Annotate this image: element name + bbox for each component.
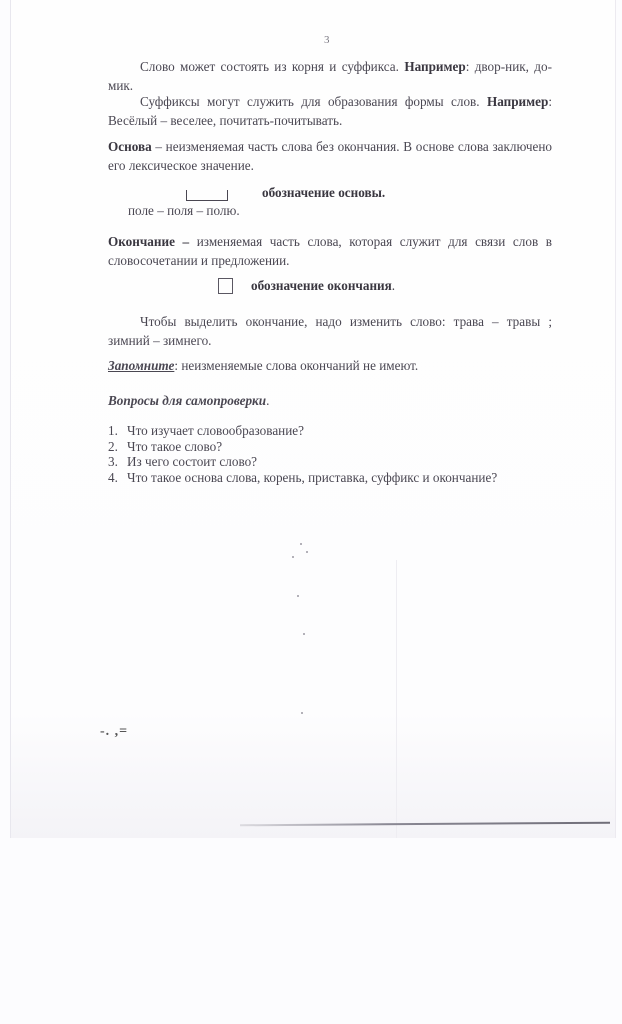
question-number: 3.: [108, 454, 127, 470]
remember-text: : неизменяемые слова окончаний не имеют.: [174, 358, 418, 373]
period: .: [266, 393, 269, 408]
question-item: 4.Что такое основа слова, корень, приста…: [108, 470, 497, 486]
paragraph-text: Суффиксы могут служить для образования ф…: [140, 94, 487, 109]
paragraph-text: Чтобы выделить окончание, надо изменить …: [108, 314, 552, 348]
question-number: 2.: [108, 439, 127, 455]
remember-label: Запомните: [108, 358, 174, 373]
paragraph-find-ending: Чтобы выделить окончание, надо изменить …: [108, 312, 552, 350]
question-text: Что изучает словообразование?: [127, 423, 304, 439]
question-item: 2.Что такое слово?: [108, 439, 497, 455]
scan-speck: [301, 712, 303, 714]
question-number: 1.: [108, 423, 127, 439]
scan-speck: [297, 595, 299, 597]
questions-heading: Вопросы для самопроверки.: [108, 391, 552, 410]
question-text: Что такое основа слова, корень, приставк…: [127, 470, 497, 486]
scan-speck: [306, 551, 308, 553]
questions-list: 1.Что изучает словообразование? 2.Что та…: [108, 423, 497, 485]
question-text: Из чего состоит слово?: [127, 454, 257, 470]
scan-speck: [300, 543, 302, 545]
scan-speck: [303, 633, 305, 635]
scan-speck: [292, 556, 294, 558]
stem-symbol-icon: [186, 190, 228, 201]
paragraph-text: Слово может состоять из корня и суффикса…: [140, 59, 404, 74]
ending-symbol-text: обозначение окончания: [251, 278, 392, 293]
page-number: 3: [324, 34, 330, 46]
question-text: Что такое слово?: [127, 439, 222, 455]
paragraph-suffix-forms: Суффиксы могут служить для образования ф…: [108, 92, 552, 130]
paragraph-root-suffix: Слово может состоять из корня и суффикса…: [108, 57, 552, 95]
example-label: Например: [487, 94, 548, 109]
stem-example: поле – поля – полю.: [128, 203, 240, 219]
question-number: 4.: [108, 470, 127, 486]
remember-note: Запомните: неизменяемые слова окончаний …: [108, 356, 552, 375]
scan-artifact: -. ,=: [100, 724, 128, 740]
ending-symbol-label: обозначение окончания.: [251, 278, 395, 294]
stem-symbol-label: обозначение основы.: [262, 185, 385, 201]
term-ending: Окончание –: [108, 234, 189, 249]
period: .: [392, 278, 395, 293]
page-fold-line: [396, 560, 397, 838]
ending-symbol-icon: [218, 278, 233, 294]
example-label: Например: [404, 59, 465, 74]
term-stem: Основа: [108, 139, 152, 154]
paragraph-stem-definition: Основа – неизменяемая часть слова без ок…: [108, 137, 552, 175]
questions-heading-text: Вопросы для самопроверки: [108, 393, 266, 408]
question-item: 1.Что изучает словообразование?: [108, 423, 497, 439]
paragraph-text: – неизменяемая часть слова без окончания…: [108, 139, 552, 173]
question-item: 3.Из чего состоит слово?: [108, 454, 497, 470]
paragraph-ending-definition: Окончание – изменяемая часть слова, кото…: [108, 232, 552, 270]
